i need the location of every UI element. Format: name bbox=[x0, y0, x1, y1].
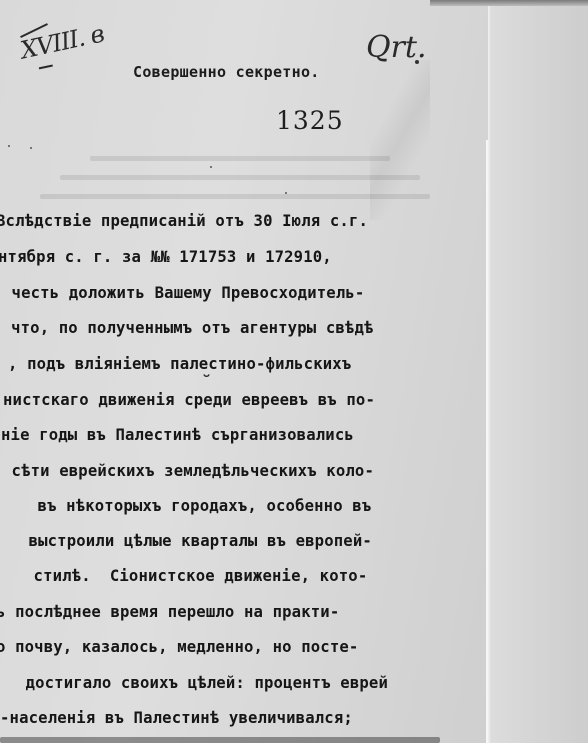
classification-header: Совершенно секретно. bbox=[133, 63, 320, 81]
paper-speck bbox=[8, 145, 10, 147]
body-line: ь послѣднее время перешло на практи- bbox=[0, 603, 339, 621]
body-line: , подъ вліяніемъ палестино-фильскихъ bbox=[8, 355, 351, 373]
document-number-stamp: 1325 bbox=[276, 106, 344, 135]
body-line: нтября с. г. за №№ 171753 и 172910, bbox=[0, 248, 332, 266]
body-line: о почву, казалось, медленно, но посте- bbox=[0, 638, 358, 656]
body-line: сѣти еврейскихъ земледѣльческихъ коло- bbox=[2, 462, 374, 480]
page-fold-edge bbox=[486, 140, 488, 743]
body-line: ніе годы въ Палестинѣ сърганизовались bbox=[1, 426, 354, 444]
body-line: нистскаго движенія среди евреевъ въ по- bbox=[3, 391, 375, 409]
paper-speck bbox=[210, 166, 212, 168]
body-line: Вслѣдствіе предписаній отъ 30 Іюля с.г. bbox=[0, 212, 368, 230]
bleed-through-text bbox=[40, 194, 430, 199]
body-line: въ нѣкоторыхъ городахъ, особенно въ bbox=[28, 497, 371, 515]
body-line: что, по полученнымъ отъ агентуры свѣдѣ bbox=[0, 319, 374, 337]
next-line-fragment bbox=[0, 737, 440, 743]
body-line: выстроили цѣлые кварталы въ европей- bbox=[19, 532, 372, 550]
adjacent-page bbox=[488, 6, 588, 743]
archive-handwritten-mark: XVIII. в bbox=[18, 20, 106, 65]
handwritten-breve-mark: ˘ bbox=[202, 372, 211, 393]
paper-speck bbox=[30, 147, 32, 149]
ink-dot bbox=[415, 60, 419, 64]
body-line: достигало своихъ цѣлей: процентъ еврей bbox=[16, 674, 388, 692]
handwritten-signature: Qrt. bbox=[366, 30, 427, 65]
body-line: честь доложить Вашему Превосходитель- bbox=[2, 284, 364, 302]
document-page: XVIII. в Qrt. Совершенно секретно. 1325 … bbox=[0, 0, 488, 743]
bleed-through-text bbox=[60, 175, 420, 180]
paper-speck bbox=[285, 192, 287, 194]
bleed-through-text bbox=[90, 156, 390, 161]
body-line: стилѣ. Сіонистское движеніе, кото- bbox=[24, 567, 367, 585]
body-line: -населенія въ Палестинѣ увеличивался; bbox=[0, 709, 353, 727]
